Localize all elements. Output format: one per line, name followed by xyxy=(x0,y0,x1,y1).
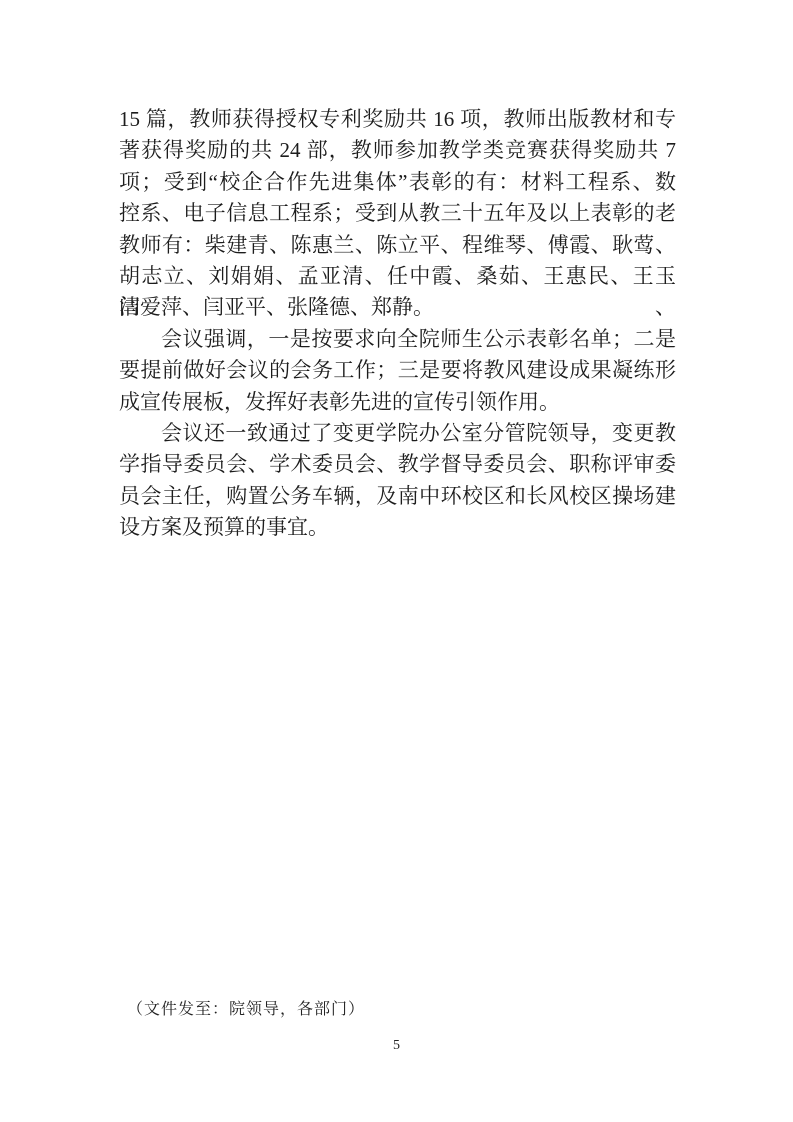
document-body: 15 篇，教师获得授权专利奖励共 16 项，教师出版教材和专 著获得奖励的共 2… xyxy=(119,104,676,543)
body-line: 胡志立、刘娟娟、孟亚清、任中霞、桑茹、王惠民、王玉洁、 xyxy=(119,261,676,292)
document-page: 15 篇，教师获得授权专利奖励共 16 项，教师出版教材和专 著获得奖励的共 2… xyxy=(0,0,793,1122)
body-line: 15 篇，教师获得授权专利奖励共 16 项，教师出版教材和专 xyxy=(119,104,676,135)
body-line: 教师有：柴建青、陈惠兰、陈立平、程维琴、傅霞、耿莺、 xyxy=(119,230,676,261)
body-line: 项；受到“校企合作先进集体”表彰的有：材料工程系、数 xyxy=(119,167,676,198)
distribution-note: （文件发至：院领导，各部门） xyxy=(127,998,365,1022)
page-number: 5 xyxy=(0,1038,793,1054)
body-line: 控系、电子信息工程系；受到从教三十五年及以上表彰的老 xyxy=(119,198,676,229)
body-line-paragraph-end: 设方案及预算的事宜。 xyxy=(119,512,676,543)
body-line: 学指导委员会、学术委员会、教学督导委员会、职称评审委 xyxy=(119,449,676,480)
body-line: 员会主任，购置公务车辆，及南中环校区和长风校区操场建 xyxy=(119,481,676,512)
body-line-paragraph-start: 会议强调，一是按要求向全院师生公示表彰名单；二是 xyxy=(119,324,676,355)
body-line: 要提前做好会议的会务工作；三是要将教风建设成果凝练形 xyxy=(119,355,676,386)
body-line: 著获得奖励的共 24 部，教师参加教学类竞赛获得奖励共 7 xyxy=(119,135,676,166)
body-line-paragraph-end: 成宣传展板，发挥好表彰先进的宣传引领作用。 xyxy=(119,387,676,418)
body-line-paragraph-start: 会议还一致通过了变更学院办公室分管院领导，变更教 xyxy=(119,418,676,449)
